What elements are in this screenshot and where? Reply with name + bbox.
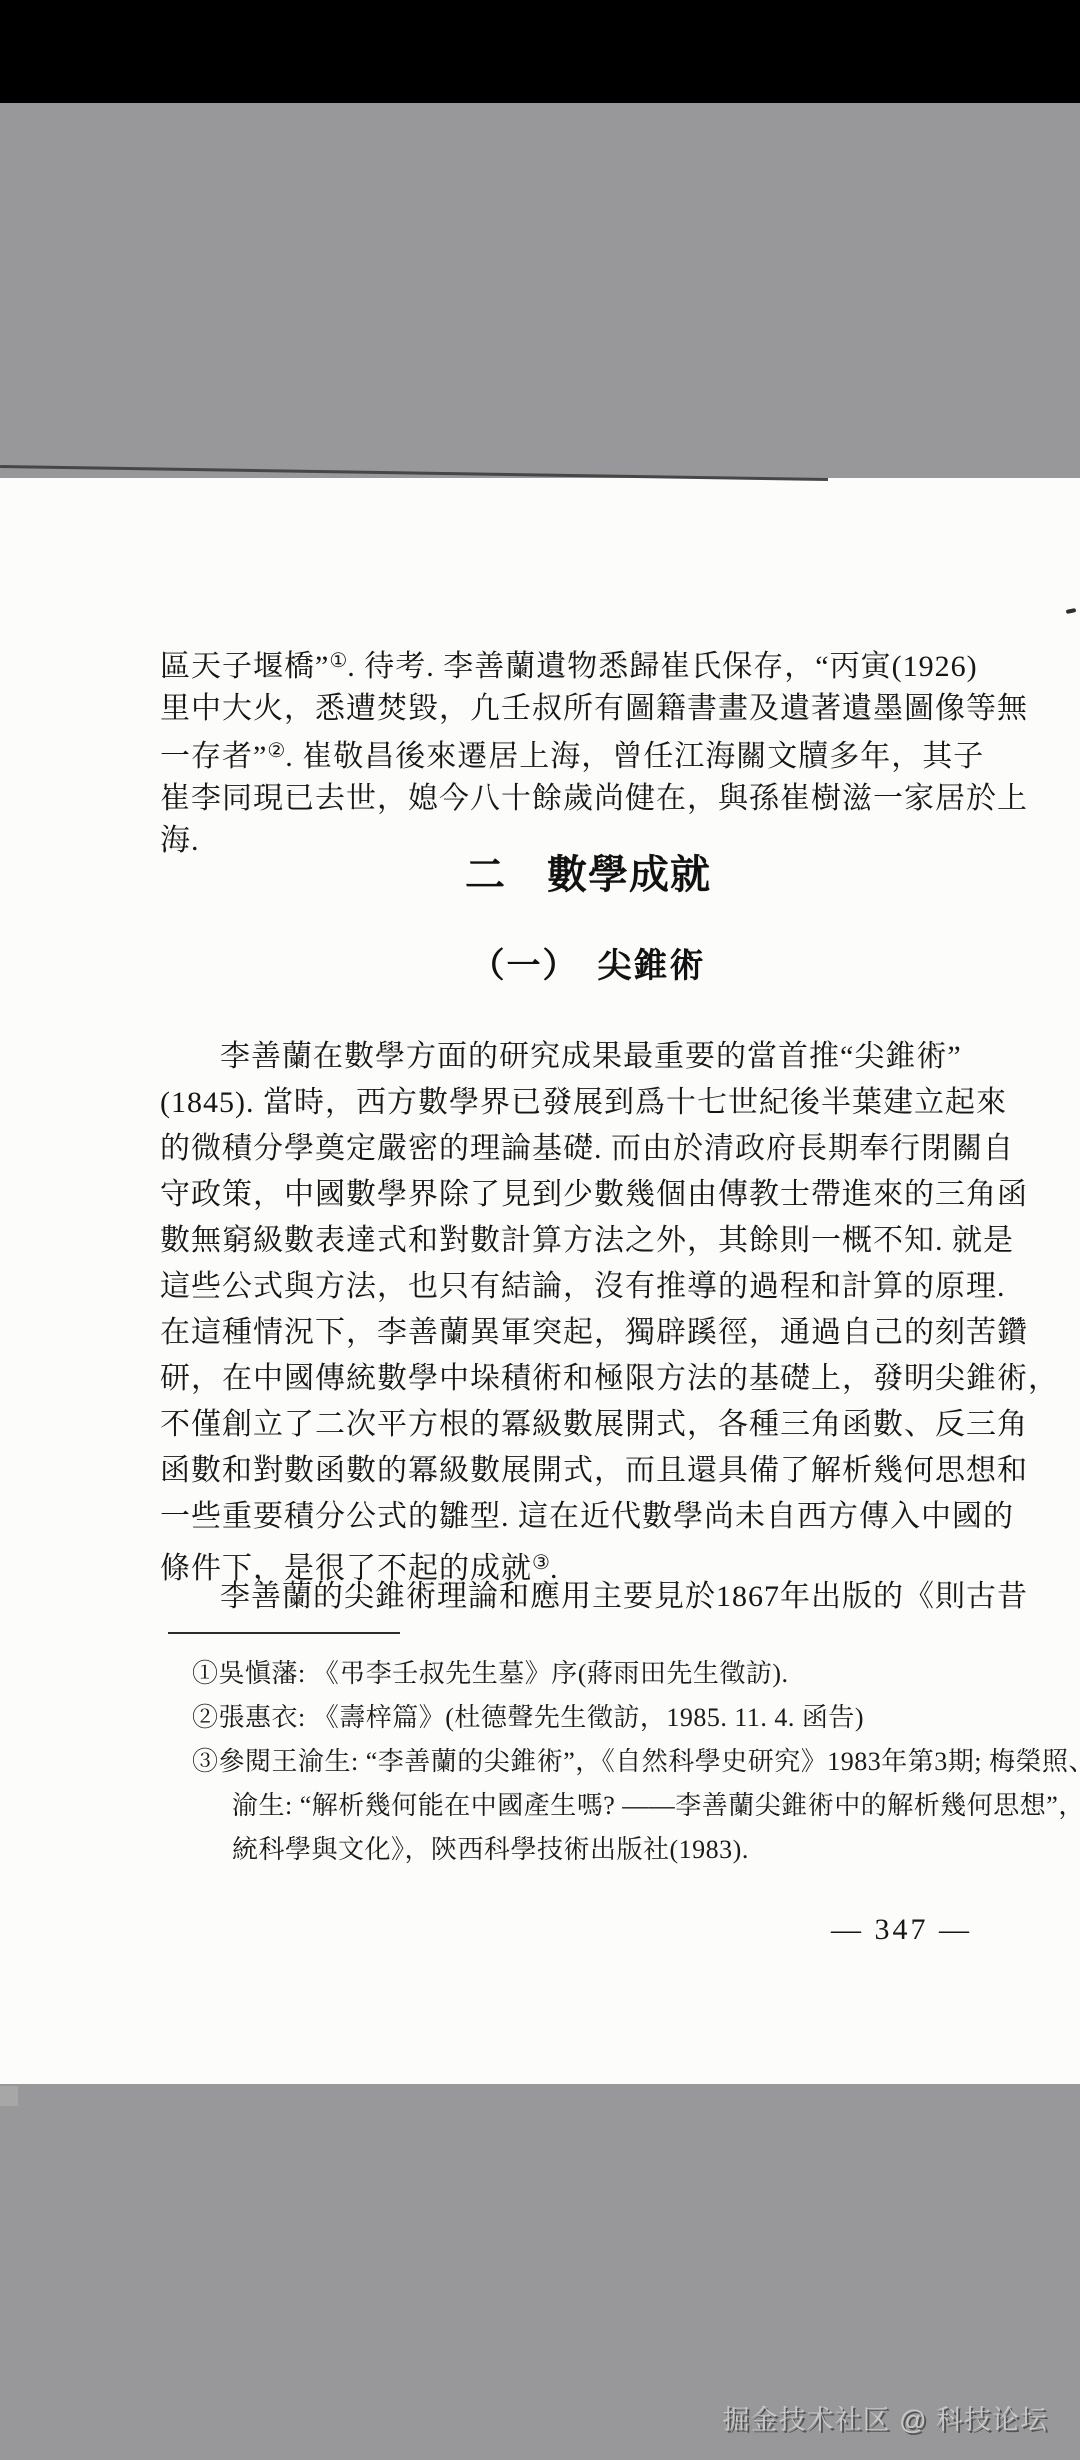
text-line: 統科學與文化》，陝西科學技術出版社(1983). (192, 1828, 1016, 1872)
page-number: — 347 — (831, 1913, 972, 1947)
screenshot-root: 區天子堰橋”①. 待考. 李善蘭遺物悉歸崔氏保存，“丙寅(1926)里中大火，悉… (0, 0, 1080, 2460)
watermark: 掘金技术社区 @ 科技论坛 (723, 2398, 1048, 2437)
text-line: (1845). 當時，西方數學界已發展到爲十七世紀後半葉建立起來 (160, 1080, 1016, 1126)
scan-background-top (0, 103, 1080, 478)
text-line: 區天子堰橋”①. 待考. 李善蘭遺物悉歸崔氏保存，“丙寅(1926) (160, 640, 1016, 688)
text-line: 一存者”②. 崔敬昌後來遷居上海，曾任江海關文牘多年，其子 (160, 730, 1016, 778)
scan-background-bottom: 掘金技术社区 @ 科技论坛 (0, 2084, 1080, 2460)
text-line: 在這種情況下，李善蘭異軍突起，獨辟蹊徑，通過自己的刻苦鑽 (160, 1310, 1016, 1356)
text-line: ③參閱王渝生: “李善蘭的尖錐術”，《自然科學史研究》1983年第3期; 梅榮照… (192, 1740, 1016, 1784)
text-line: 研，在中國傳統數學中垛積術和極限方法的基礎上，發明尖錐術， (160, 1356, 1016, 1402)
text-line: 一些重要積分公式的雛型. 這在近代數學尚未自西方傳入中國的 (160, 1494, 1016, 1540)
section-heading: 二 數學成就 (160, 850, 1016, 900)
paragraph-main: 李善蘭在數學方面的研究成果最重要的當首推“尖錐術”(1845). 當時，西方數學… (160, 1034, 1016, 1592)
paragraph-next: 李善蘭的尖錐術理論和應用主要見於1867年出版的《則古昔 (160, 1574, 1016, 1620)
text-line: 李善蘭在數學方面的研究成果最重要的當首推“尖錐術” (160, 1034, 1016, 1080)
text-line: ②張惠衣: 《壽梓篇》(杜德聲先生徵訪，1985. 11. 4. 函告) (192, 1696, 1016, 1740)
book-page: 區天子堰橋”①. 待考. 李善蘭遺物悉歸崔氏保存，“丙寅(1926)里中大火，悉… (0, 478, 1080, 2084)
text-line: 李善蘭的尖錐術理論和應用主要見於1867年出版的《則古昔 (160, 1574, 1016, 1620)
paragraph-continuation: 區天子堰橋”①. 待考. 李善蘭遺物悉歸崔氏保存，“丙寅(1926)里中大火，悉… (160, 640, 1016, 862)
text-line: 里中大火，悉遭焚毀，凢壬叔所有圖籍書畫及遺著遺墨圖像等無 (160, 688, 1016, 730)
scan-speck (1066, 608, 1077, 614)
text-line: 函數和對數函數的冪級數展開式，而且還具備了解析幾何思想和 (160, 1448, 1016, 1494)
text-line: 崔李同現已去世，媳今八十餘歲尚健在，與孫崔樹滋一家居於上 (160, 778, 1016, 820)
text-line: ①吳愼藩: 《弔李壬叔先生墓》序(蔣雨田先生徵訪). (192, 1652, 1016, 1696)
text-line: 渝生: “解析幾何能在中國產生嗎? ——李善蘭尖錐術中的解析幾何思想”，《傳 (192, 1784, 1016, 1828)
footnotes: ①吳愼藩: 《弔李壬叔先生墓》序(蔣雨田先生徵訪).②張惠衣: 《壽梓篇》(杜德… (192, 1652, 1016, 1872)
text-line: 不僅創立了二次平方根的冪級數展開式，各種三角函數、反三角 (160, 1402, 1016, 1448)
scan-notch (0, 2086, 18, 2106)
text-line: 的微積分學奠定嚴密的理論基礎. 而由於清政府長期奉行閉關自 (160, 1126, 1016, 1172)
footnote-separator (168, 1632, 400, 1634)
text-line: 數無窮級數表達式和對數計算方法之外，其餘則一概不知. 就是 (160, 1218, 1016, 1264)
text-line: 守政策，中國數學界除了見到少數幾個由傳教士帶進來的三角函 (160, 1172, 1016, 1218)
subsection-heading: （一） 尖錐術 (160, 946, 1016, 988)
text-line: 這些公式與方法，也只有結論，沒有推導的過程和計算的原理. (160, 1264, 1016, 1310)
letterbox-top (0, 0, 1080, 103)
